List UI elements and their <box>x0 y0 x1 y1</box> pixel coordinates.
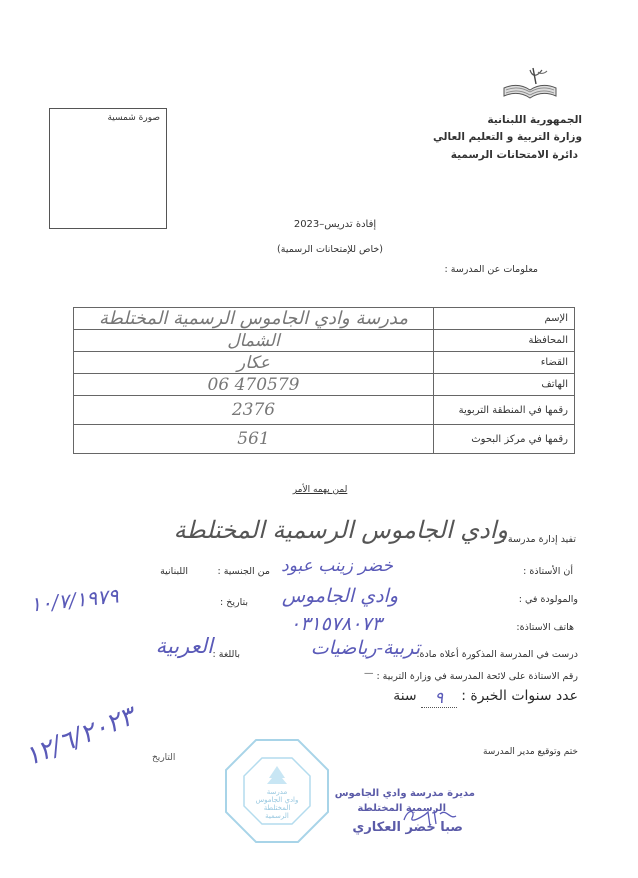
stamp-text-line2: وادي الجاموس <box>252 796 302 804</box>
school-admin-value: وادي الجاموس الرسمية المختلطة <box>174 516 508 544</box>
ministry-number-value: — <box>364 668 374 679</box>
research-center-number-value: 561 <box>74 425 434 454</box>
ministry-number-label: رقم الاستاذة على لائحة المدرسة في وزارة … <box>376 671 578 682</box>
phone-value: 06 470579 <box>74 374 434 396</box>
table-row: 06 470579 الهاتف <box>74 374 575 396</box>
governorate-value: الشمال <box>74 330 434 352</box>
district-label: القضاء <box>434 352 575 374</box>
signatory-title-line1: مديرة مدرسة وادي الجاموس <box>335 788 475 799</box>
header-ministry: وزارة التربية و التعليم العالي <box>433 131 582 143</box>
edu-zone-number-label: رقمها في المنطقة التربوية <box>434 396 575 425</box>
edu-zone-number-value: 2376 <box>74 396 434 425</box>
photo-box: صورة شمسية <box>49 108 167 229</box>
table-row: الشمال المحافظة <box>74 330 575 352</box>
birthplace-value: وادي الجاموس <box>282 585 398 607</box>
date-label: التاريخ <box>152 753 175 763</box>
table-row: مدرسة وادي الجاموس الرسمية المختلطة الإس… <box>74 308 575 330</box>
header-republic: الجمهورية اللبنانية <box>487 114 582 126</box>
subject-label: درست في المدرسة المذكورة أعلاه مادة: <box>416 649 578 660</box>
teacher-phone-label: هاتف الاستاذة: <box>516 622 574 633</box>
phone-label: الهاتف <box>434 374 575 396</box>
language-label: باللغة : <box>213 649 240 660</box>
birthplace-label: والمولودة في : <box>519 594 578 605</box>
open-book-logo-icon <box>500 66 560 104</box>
document-title: إفادة تدريس–2023 <box>255 219 415 230</box>
school-name-value: مدرسة وادي الجاموس الرسمية المختلطة <box>74 308 434 330</box>
stamp-signature-label: ختم وتوقيع مدير المدرسة <box>483 747 578 757</box>
to-whom-heading: لمن يهمه الأمر <box>270 485 370 495</box>
language-value: العربية <box>156 634 213 658</box>
table-row: 2376 رقمها في المنطقة التربوية <box>74 396 575 425</box>
nationality-label: من الجنسية : <box>217 566 270 577</box>
birthdate-label: بتاريخ : <box>220 597 248 608</box>
table-row: 561 رقمها في مركز البحوث <box>74 425 575 454</box>
research-center-number-label: رقمها في مركز البحوث <box>434 425 575 454</box>
district-value: عكار <box>74 352 434 374</box>
subject-value: تربية-رياضيات <box>311 637 420 659</box>
birthdate-value: ١٠/٧/١٩٧٩ <box>29 583 120 616</box>
teacher-name-value: خضر زينب عبود <box>281 556 393 576</box>
school-info-table: مدرسة وادي الجاموس الرسمية المختلطة الإس… <box>73 307 575 454</box>
photo-box-label: صورة شمسية <box>107 113 160 123</box>
experience-label: عدد سنوات الخبرة : <box>461 688 578 708</box>
teacher-phone-value: ٠٣١٥٧٨٠٧٣ <box>290 613 382 635</box>
school-info-heading: معلومات عن المدرسة : <box>445 264 538 275</box>
header-department: دائرة الامتحانات الرسمية <box>451 149 578 161</box>
stamp-text-line1: مدرسة <box>252 788 302 796</box>
stamp-text-line3: المختلطة الرسمية <box>252 804 302 820</box>
signature-scribble-icon <box>400 806 460 834</box>
table-row: عكار القضاء <box>74 352 575 374</box>
official-stamp-icon: مدرسة وادي الجاموس المختلطة الرسمية <box>224 738 330 844</box>
document-subtitle: (خاص للإمتحانات الرسمية) <box>240 244 420 255</box>
experience-unit: سنة <box>393 688 416 708</box>
date-value: ١٢/٦/٢٠٢٣ <box>21 701 139 772</box>
school-name-label: الإسم <box>434 308 575 330</box>
school-admin-label: تفيد إدارة مدرسة : <box>502 534 576 545</box>
teacher-label: أن الأستاذة : <box>523 566 573 577</box>
experience-row: عدد سنوات الخبرة : ٩ سنة <box>393 688 578 708</box>
governorate-label: المحافظة <box>434 330 575 352</box>
experience-value: ٩ <box>421 688 458 708</box>
nationality-value: اللبنانية <box>160 566 188 577</box>
